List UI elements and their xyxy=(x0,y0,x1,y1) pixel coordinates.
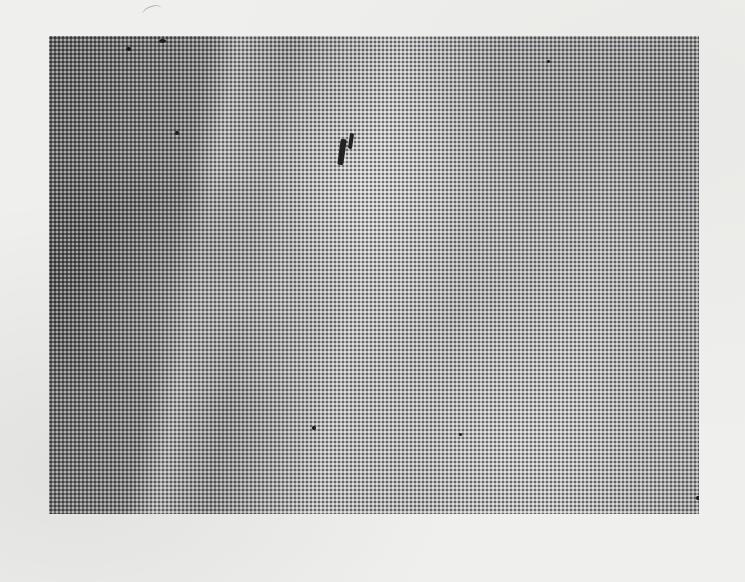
speck xyxy=(696,496,699,500)
speck xyxy=(459,433,462,436)
speck xyxy=(159,39,166,43)
speck xyxy=(547,60,550,63)
speck xyxy=(312,426,316,430)
halftone-highlight-pattern xyxy=(49,36,699,514)
halftone-photograph xyxy=(49,36,699,514)
speck xyxy=(175,131,179,135)
speck xyxy=(126,47,131,51)
